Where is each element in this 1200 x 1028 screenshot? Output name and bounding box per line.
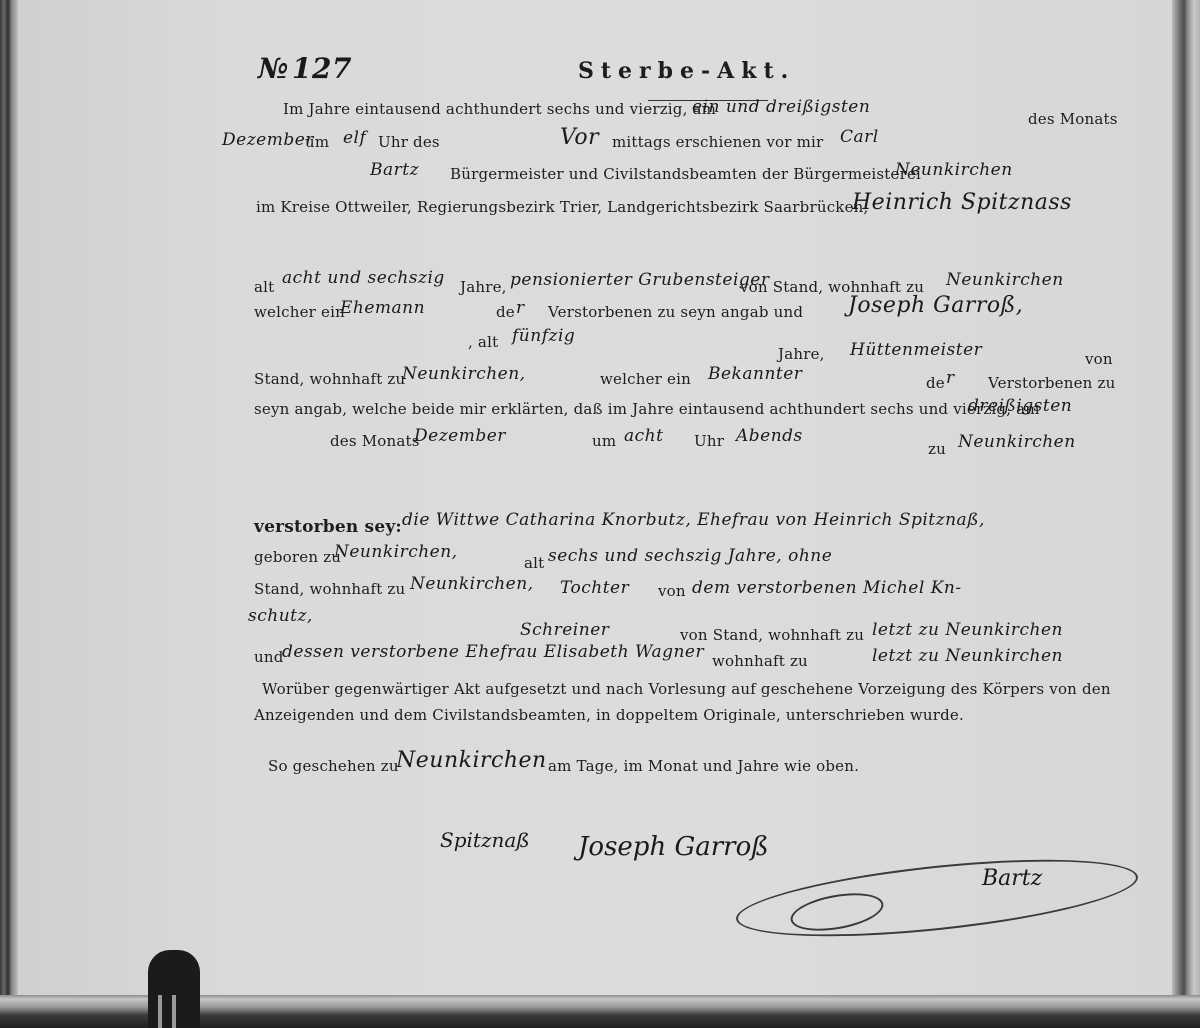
line-7-alt: , alt bbox=[468, 333, 498, 351]
line-6-de: de bbox=[496, 303, 515, 321]
informant-name-handwritten: Heinrich Spitznass bbox=[852, 190, 1072, 215]
line-8-suffix-handwritten: r bbox=[946, 368, 955, 388]
witness-relation-handwritten: Bekannter bbox=[708, 364, 802, 384]
line-6-suffix-handwritten: r bbox=[516, 298, 525, 318]
line-12-geboren: geboren zu bbox=[254, 548, 341, 566]
record-number: 127 bbox=[292, 52, 352, 85]
line-14-text: von Stand, wohnhaft zu bbox=[680, 626, 864, 644]
line-8-post: Verstorbenen zu bbox=[988, 374, 1115, 392]
birthplace-handwritten: Neunkirchen, bbox=[334, 542, 458, 562]
month-handwritten: Dezember bbox=[222, 130, 314, 150]
done-at-post: am Tage, im Monat und Jahre wie oben. bbox=[548, 757, 859, 775]
daughter-of-handwritten: Tochter bbox=[560, 578, 629, 598]
done-at-text: So geschehen zu bbox=[268, 757, 399, 775]
line-7-von: von bbox=[1085, 350, 1113, 368]
line-1-monats: des Monats bbox=[1028, 110, 1118, 128]
line-2-text: mittags erschienen vor mir bbox=[612, 133, 823, 151]
line-1-text: Im Jahre eintausend achthundert sechs un… bbox=[283, 100, 716, 118]
line-6-welcher: welcher ein bbox=[254, 303, 345, 321]
closing-text-line-1: Worüber gegenwärtiger Akt aufgesetzt und… bbox=[262, 680, 1111, 698]
death-month-handwritten: Dezember bbox=[414, 426, 506, 446]
signature-flourish bbox=[733, 845, 1141, 951]
father-name-continued-handwritten: schutz, bbox=[248, 606, 313, 626]
ampm-handwritten: Vor bbox=[560, 125, 599, 150]
father-occupation-handwritten: Schreiner bbox=[520, 620, 609, 640]
signature-informant: Spitznaß bbox=[440, 828, 530, 852]
municipality-handwritten: Neunkirchen bbox=[895, 160, 1013, 180]
line-13-von: von bbox=[658, 582, 686, 600]
line-4-text: im Kreise Ottweiler, Regierungsbezirk Tr… bbox=[256, 198, 869, 216]
closing-text-line-2: Anzeigenden und dem Civilstandsbeamten, … bbox=[254, 706, 964, 724]
signature-witness: Joseph Garroß bbox=[578, 832, 769, 862]
death-day-handwritten: ein und dreißigsten bbox=[692, 97, 870, 117]
page-edge-right bbox=[1172, 0, 1200, 1028]
line-10-uhr: Uhr bbox=[694, 432, 724, 450]
death-date-day-handwritten: dreißigsten bbox=[968, 396, 1072, 416]
father-name-handwritten: dem verstorbenen Michel Kn- bbox=[692, 578, 962, 598]
official-firstname-handwritten: Carl bbox=[840, 127, 879, 147]
mother-name-handwritten: dessen verstorbene Ehefrau Elisabeth Wag… bbox=[282, 642, 704, 662]
deceased-age-handwritten: sechs und sechszig Jahre, ohne bbox=[548, 546, 832, 566]
father-residence-handwritten: letzt zu Neunkirchen bbox=[872, 620, 1063, 640]
deceased-name-handwritten: die Wittwe Catharina Knorbutz, Ehefrau v… bbox=[402, 510, 985, 530]
witness-age-handwritten: fünfzig bbox=[512, 326, 575, 346]
document-title: Sterbe-Akt. bbox=[578, 58, 795, 84]
book-binding-left bbox=[0, 0, 18, 1028]
death-time-handwritten: Abends bbox=[736, 426, 803, 446]
line-8-de: de bbox=[926, 374, 945, 392]
line-8-welcher: welcher ein bbox=[600, 370, 691, 388]
informant-age-handwritten: acht und sechszig bbox=[282, 268, 445, 288]
line-7-jahre: Jahre, bbox=[778, 345, 825, 363]
informant-occupation-handwritten: pensionierter Grubensteiger bbox=[510, 270, 769, 290]
deceased-label: verstorben sey: bbox=[254, 517, 402, 537]
line-2-um: um bbox=[305, 133, 329, 151]
witness-name-handwritten: Joseph Garroß, bbox=[848, 293, 1023, 318]
hour-handwritten: elf bbox=[343, 128, 366, 148]
death-hour-handwritten: acht bbox=[624, 426, 663, 446]
informant-residence-handwritten: Neunkirchen bbox=[946, 270, 1064, 290]
deceased-residence-handwritten: Neunkirchen, bbox=[410, 574, 534, 594]
line-5-alt: alt bbox=[254, 278, 274, 296]
done-at-place-handwritten: Neunkirchen bbox=[396, 748, 547, 773]
line-5-jahre: Jahre, bbox=[460, 278, 507, 296]
document-page: № 127 Sterbe-Akt. Im Jahre eintausend ac… bbox=[0, 0, 1200, 1028]
official-surname-handwritten: Bartz bbox=[370, 160, 419, 180]
line-15-wohnhaft: wohnhaft zu bbox=[712, 652, 808, 670]
witness-residence-handwritten: Neunkirchen, bbox=[402, 364, 526, 384]
line-3-text: Bürgermeister und Civilstandsbeamten der… bbox=[450, 165, 921, 183]
death-place-handwritten: Neunkirchen bbox=[958, 432, 1076, 452]
mother-residence-handwritten: letzt zu Neunkirchen bbox=[872, 646, 1063, 666]
line-15-und: und bbox=[254, 648, 284, 666]
line-10-um: um bbox=[592, 432, 616, 450]
line-13-text: Stand, wohnhaft zu bbox=[254, 580, 405, 598]
line-10-monats: des Monats bbox=[330, 432, 420, 450]
record-number-label: № bbox=[258, 52, 289, 85]
page-clip bbox=[148, 950, 200, 1028]
line-2-uhr: Uhr des bbox=[378, 133, 440, 151]
line-6-text: Verstorbenen zu seyn angab und bbox=[548, 303, 803, 321]
line-9-text: seyn angab, welche beide mir erklärten, … bbox=[254, 400, 1040, 418]
witness-occupation-handwritten: Hüttenmeister bbox=[850, 340, 982, 360]
line-12-alt: alt bbox=[524, 554, 544, 572]
line-10-zu: zu bbox=[928, 440, 946, 458]
informant-relation-handwritten: Ehemann bbox=[340, 298, 425, 318]
line-8-text: Stand, wohnhaft zu bbox=[254, 370, 405, 388]
